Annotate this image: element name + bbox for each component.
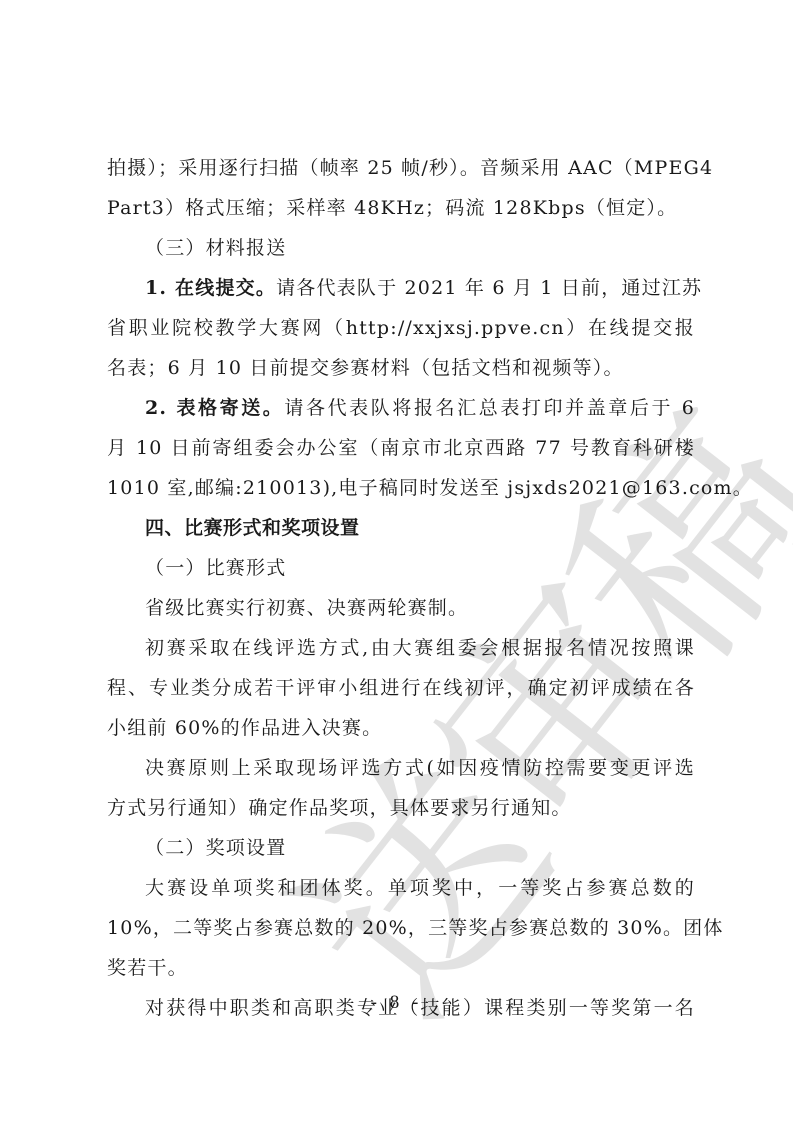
paragraph-line: 省级比赛实行初赛、决赛两轮赛制。 <box>107 588 695 628</box>
subsection-heading-materials: （三）材料报送 <box>107 228 695 268</box>
paragraph-line: Part3）格式压缩；采样率 48KHz；码流 128Kbps（恒定）。 <box>107 188 695 228</box>
paragraph-line: 大赛设单项奖和团体奖。单项奖中，一等奖占参赛总数的 <box>107 868 695 908</box>
item-text: 请各代表队于 2021 年 6 月 1 日前，通过江苏 <box>276 277 702 299</box>
section-heading-format-awards: 四、比赛形式和奖项设置 <box>107 508 695 548</box>
paragraph-line: 小组前 60%的作品进入决赛。 <box>107 708 695 748</box>
paragraph-line: 1. 在线提交。请各代表队于 2021 年 6 月 1 日前，通过江苏 <box>107 268 695 308</box>
page-number: - 8 - <box>0 992 793 1014</box>
paragraph-line: 1010 室,邮编:210013),电子稿同时发送至 jsjxds2021@16… <box>107 468 695 508</box>
subsection-heading-format: （一）比赛形式 <box>107 548 695 588</box>
paragraph-line: 程、专业类分成若干评审小组进行在线初评，确定初评成绩在各 <box>107 668 695 708</box>
paragraph-line: 省职业院校教学大赛网（http://xxjxsj.ppve.cn）在线提交报 <box>107 308 695 348</box>
paragraph-line: 名表；6 月 10 日前提交参赛材料（包括文档和视频等）。 <box>107 348 695 388</box>
paragraph-line: 月 10 日前寄组委会办公室（南京市北京西路 77 号教育科研楼 <box>107 428 695 468</box>
paragraph-line: 2. 表格寄送。请各代表队将报名汇总表打印并盖章后于 6 <box>107 388 695 428</box>
item-label-form-mailing: 2. 表格寄送。 <box>145 397 284 419</box>
paragraph-line: 决赛原则上采取现场评选方式(如因疫情防控需要变更评选 <box>107 748 695 788</box>
document-page: 送审稿 拍摄）；采用逐行扫描（帧率 25 帧/秒）。音频采用 AAC（MPEG4… <box>0 0 793 1122</box>
paragraph-line: 初赛采取在线评选方式,由大赛组委会根据报名情况按照课 <box>107 628 695 668</box>
paragraph-line: 拍摄）；采用逐行扫描（帧率 25 帧/秒）。音频采用 AAC（MPEG4 <box>107 148 695 188</box>
subsection-heading-awards: （二）奖项设置 <box>107 828 695 868</box>
paragraph-line: 方式另行通知）确定作品奖项，具体要求另行通知。 <box>107 788 695 828</box>
item-text: 请各代表队将报名汇总表打印并盖章后于 6 <box>284 397 695 419</box>
paragraph-line: 10%，二等奖占参赛总数的 20%，三等奖占参赛总数的 30%。团体 <box>107 908 695 948</box>
paragraph-line: 奖若干。 <box>107 948 695 988</box>
document-body: 拍摄）；采用逐行扫描（帧率 25 帧/秒）。音频采用 AAC（MPEG4 Par… <box>107 148 695 1028</box>
item-label-online-submit: 1. 在线提交。 <box>145 277 276 299</box>
